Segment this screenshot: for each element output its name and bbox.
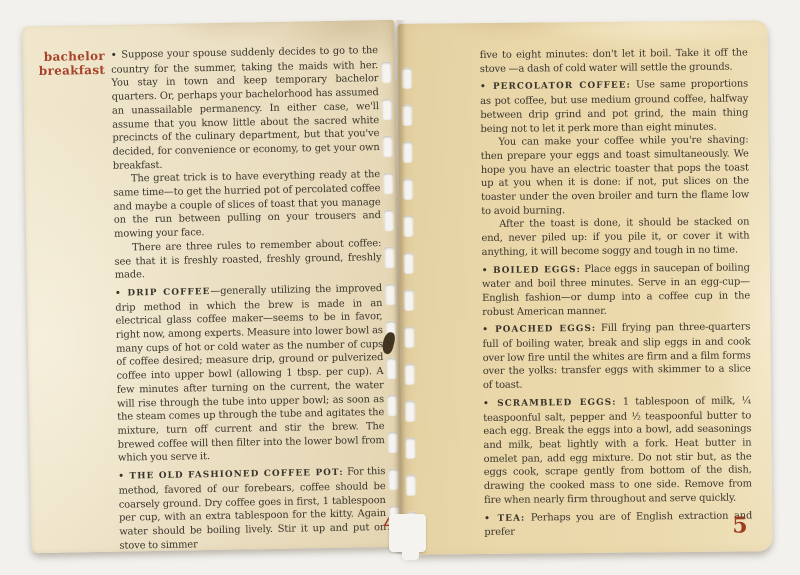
paragraph: There are three rules to remember about … [114, 237, 382, 283]
section-header-bachelor-breakfast: bachelor breakfast [33, 49, 105, 78]
right-page: five to eight minutes: don't let it boil… [397, 20, 772, 555]
section-heading: • POACHED EGGS: [482, 324, 596, 335]
bullet-marker: • [111, 51, 118, 61]
binding-hole [388, 469, 398, 490]
paragraph: After the toast is done, it should be st… [481, 216, 749, 260]
binding-hole [381, 62, 391, 83]
binding-hole [385, 284, 395, 305]
paragraph-text: five to eight minutes: don't let it boil… [480, 47, 748, 74]
binding-hole [386, 358, 396, 379]
paragraph-text: 1 tablespoon of milk, ¼ teaspoonful salt… [483, 395, 752, 505]
binding-holes-column [22, 20, 394, 26]
paragraph: • SCRAMBLED EGGS: 1 tablespoon of milk, … [483, 394, 752, 507]
paragraph: • THE OLD FASHIONED COFFEE POT: For this… [118, 465, 386, 553]
paragraph: • TEA: Perhaps you are of English extrac… [484, 509, 752, 540]
left-page-text: • Suppose your spouse suddenly decides t… [111, 44, 387, 553]
paragraph-text: You can make your coffee while you're sh… [481, 135, 749, 217]
paragraph: • Suppose your spouse suddenly decides t… [111, 44, 380, 173]
binding-hole [406, 475, 416, 496]
section-heading: • DRIP COFFEE [115, 287, 210, 299]
binding-holes-column [397, 20, 767, 24]
section-heading: • TEA: [484, 513, 525, 523]
paragraph-text: Suppose your spouse suddenly decides to … [111, 45, 380, 171]
page-number: 5 [732, 512, 748, 538]
binding-hole [384, 247, 394, 268]
binding-hole [382, 99, 392, 120]
book-spread-scan: bachelor breakfast • Suppose your spouse… [0, 0, 800, 575]
paragraph: • POACHED EGGS: Fill frying pan three-qu… [482, 321, 751, 393]
header-line: bachelor [33, 49, 105, 64]
binding-hole [384, 210, 394, 231]
binding-hole [403, 142, 413, 163]
paragraph-text: After the toast is done, it should be st… [481, 217, 749, 258]
binding-hole [404, 290, 414, 311]
section-heading: • THE OLD FASHIONED COFFEE POT: [118, 468, 344, 482]
right-page-text: five to eight minutes: don't let it boil… [480, 46, 753, 539]
binding-hole [382, 136, 392, 157]
binding-hole [387, 395, 397, 416]
binding-hole [403, 216, 413, 237]
binding-hole [405, 401, 415, 422]
binding-hole [404, 253, 414, 274]
binding-hole [388, 432, 398, 453]
binding-hole [403, 179, 413, 200]
binding-hole [402, 105, 412, 126]
paragraph: You can make your coffee while you're sh… [481, 134, 750, 219]
binding-hole [405, 364, 415, 385]
binding-hole [383, 173, 393, 194]
paragraph: • DRIP COFFEE—generally utilizing the im… [115, 282, 385, 466]
paragraph: five to eight minutes: don't let it boil… [480, 46, 748, 76]
paragraph-text: —generally utilizing the improved drip m… [115, 283, 385, 464]
paragraph: • PERCOLATOR COFFEE: Use same proportion… [480, 78, 749, 136]
binding-hole [405, 438, 415, 459]
left-page: bachelor breakfast • Suppose your spouse… [22, 20, 403, 553]
binding-hole [402, 68, 412, 89]
section-heading: • SCRAMBLED EGGS: [483, 398, 617, 409]
binding-notch-tab [402, 549, 419, 560]
binding-hole [404, 327, 414, 348]
section-heading: • PERCOLATOR COFFEE: [480, 81, 631, 92]
header-line: breakfast [33, 63, 105, 78]
binding-notch [389, 514, 426, 552]
paragraph-text: The great trick is to have everything re… [113, 169, 381, 239]
paragraph: • BOILED EGGS: Place eggs in saucepan of… [482, 261, 751, 319]
paragraph-text: Perhaps you are of English extraction an… [484, 510, 752, 538]
paragraph: The great trick is to have everything re… [113, 168, 381, 241]
section-heading: • BOILED EGGS: [482, 265, 581, 276]
paragraph-text: There are three rules to remember about … [114, 238, 381, 281]
